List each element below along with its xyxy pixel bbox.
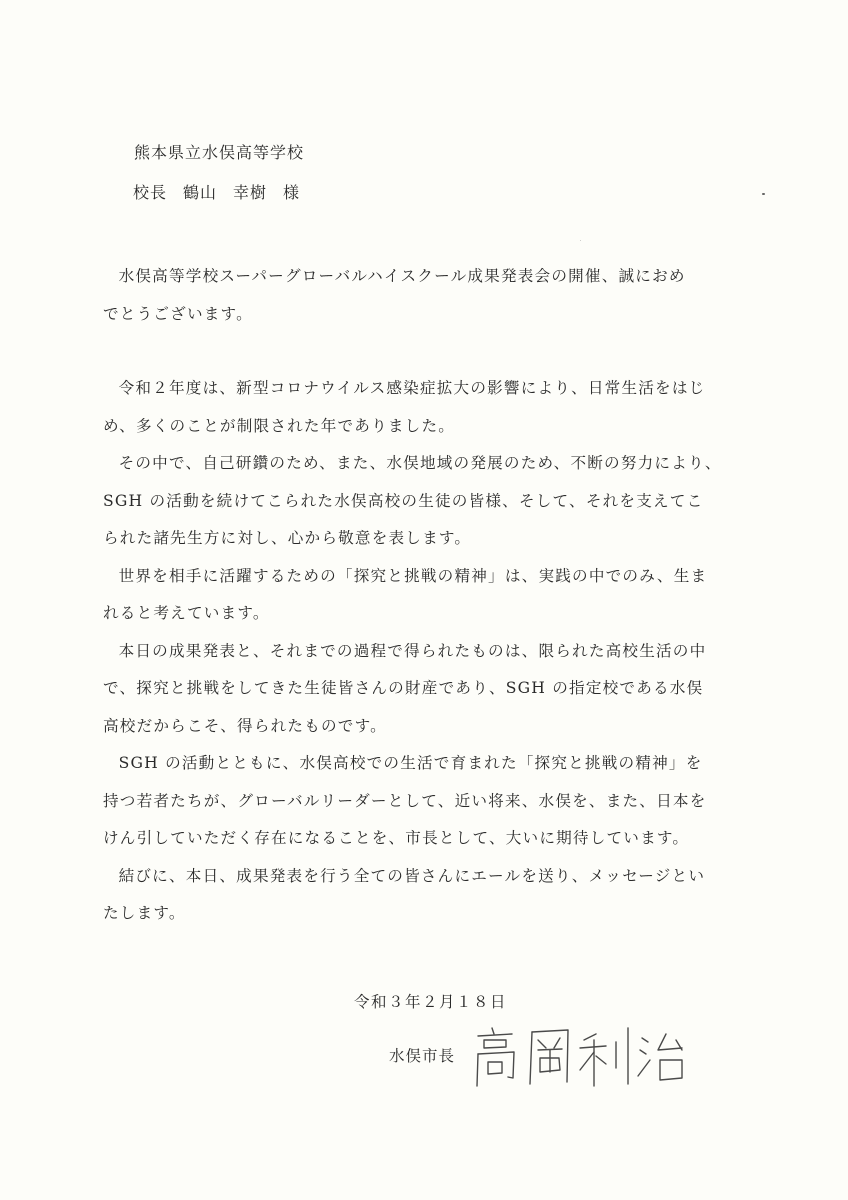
paragraph-expectation: SGH の活動とともに、水俣高校での生活で育まれた「探究と挑戦の精神」を 持つ若… — [103, 745, 743, 858]
paragraph-line: れると考えています。 — [103, 595, 743, 633]
addressee-block: 熊本県立水俣高等学校 校長鶴山幸樹様 — [134, 143, 316, 223]
paragraph-line: 令和２年度は、新型コロナウイルス感染症拡大の影響により、日常生活をはじ — [103, 370, 743, 408]
letter-page: 熊本県立水俣高等学校 校長鶴山幸樹様 水俣高等学校スーパーグローバルハイスクール… — [0, 0, 848, 1200]
paragraph-gap — [103, 333, 743, 370]
addressee-title: 校長 — [133, 183, 167, 202]
paragraph-line: 本日の成果発表と、それまでの過程で得られたものは、限られた高校生活の中 — [103, 633, 743, 671]
paragraph-line: けん引していただく存在になることを、市長として、大いに期待しています。 — [103, 820, 743, 858]
addressee-school: 熊本県立水俣高等学校 — [134, 143, 316, 183]
signatory-title: 水俣市長 — [389, 1044, 455, 1066]
paragraph-line: その中で、自己研鑽のため、また、水俣地域の発展のため、不断の努力により、 — [103, 445, 743, 483]
addressee-name-line: 校長鶴山幸樹様 — [133, 183, 316, 223]
paragraph-congratulations: 水俣高等学校スーパーグローバルハイスクール成果発表会の開催、誠におめ でとうござ… — [103, 258, 743, 333]
paragraph-line: SGH の活動とともに、水俣高校での生活で育まれた「探究と挑戦の精神」を — [103, 745, 743, 783]
paragraph-presentation: 本日の成果発表と、それまでの過程で得られたものは、限られた高校生活の中 で、探究… — [103, 633, 743, 746]
scan-speck — [762, 193, 765, 195]
paragraph-closing: 結びに、本日、成果発表を行う全ての皆さんにエールを送り、メッセージとい たします… — [103, 858, 743, 933]
paragraph-line: られた諸先生方に対し、心から敬意を表します。 — [103, 520, 743, 558]
paragraph-line: たします。 — [103, 895, 743, 933]
paragraph-line: で、探究と挑戦をしてきた生徒皆さんの財産であり、SGH の指定校である水俣 — [103, 670, 743, 708]
addressee-given-name: 幸樹 — [233, 183, 267, 202]
paragraph-line: 世界を相手に活躍するための「探究と挑戦の精神」は、実践の中でのみ、生ま — [103, 558, 743, 596]
paragraph-line: 水俣高等学校スーパーグローバルハイスクール成果発表会の開催、誠におめ — [103, 258, 743, 296]
paragraph-line: め、多くのことが制限された年でありました。 — [103, 408, 743, 446]
paragraph-line: SGH の活動を続けてこられた水俣高校の生徒の皆様、そして、それを支えてこ — [103, 483, 743, 521]
paragraph-covid-year: 令和２年度は、新型コロナウイルス感染症拡大の影響により、日常生活をはじ め、多く… — [103, 370, 743, 445]
paragraph-spirit: 世界を相手に活躍するための「探究と挑戦の精神」は、実践の中でのみ、生ま れると考… — [103, 558, 743, 633]
addressee-family-name: 鶴山 — [183, 183, 217, 202]
paragraph-respect: その中で、自己研鑽のため、また、水俣地域の発展のため、不断の努力により、 SGH… — [103, 445, 743, 558]
handwritten-signature — [470, 1020, 690, 1090]
paragraph-line: 高校だからこそ、得られたものです。 — [103, 708, 743, 746]
paragraph-line: でとうございます。 — [103, 296, 743, 334]
addressee-honorific: 様 — [283, 183, 300, 202]
paragraph-line: 結びに、本日、成果発表を行う全ての皆さんにエールを送り、メッセージとい — [103, 858, 743, 896]
letter-body: 水俣高等学校スーパーグローバルハイスクール成果発表会の開催、誠におめ でとうござ… — [103, 258, 743, 933]
letter-date: 令和３年２月１８日 — [354, 990, 507, 1012]
scan-speck — [580, 240, 581, 241]
paragraph-line: 持つ若者たちが、グローバルリーダーとして、近い将来、水俣を、また、日本を — [103, 783, 743, 821]
